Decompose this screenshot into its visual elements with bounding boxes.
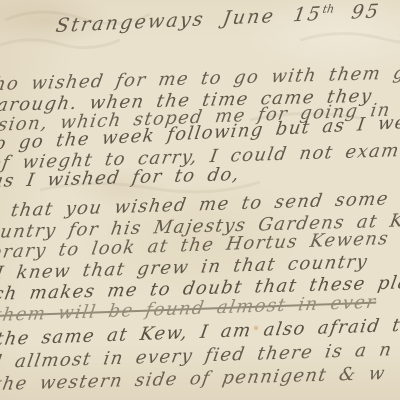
dateline-year: 95	[350, 0, 382, 23]
letter-page: Strangeways June 15th 95 ho wished for m…	[0, 0, 400, 400]
dateline-ordinal: th	[322, 2, 336, 16]
letter-dateline: Strangeways June 15th 95	[54, 1, 382, 36]
letter-line: as I wished for to do,	[0, 166, 241, 191]
dateline-place-date: Strangeways June 15	[54, 3, 324, 37]
